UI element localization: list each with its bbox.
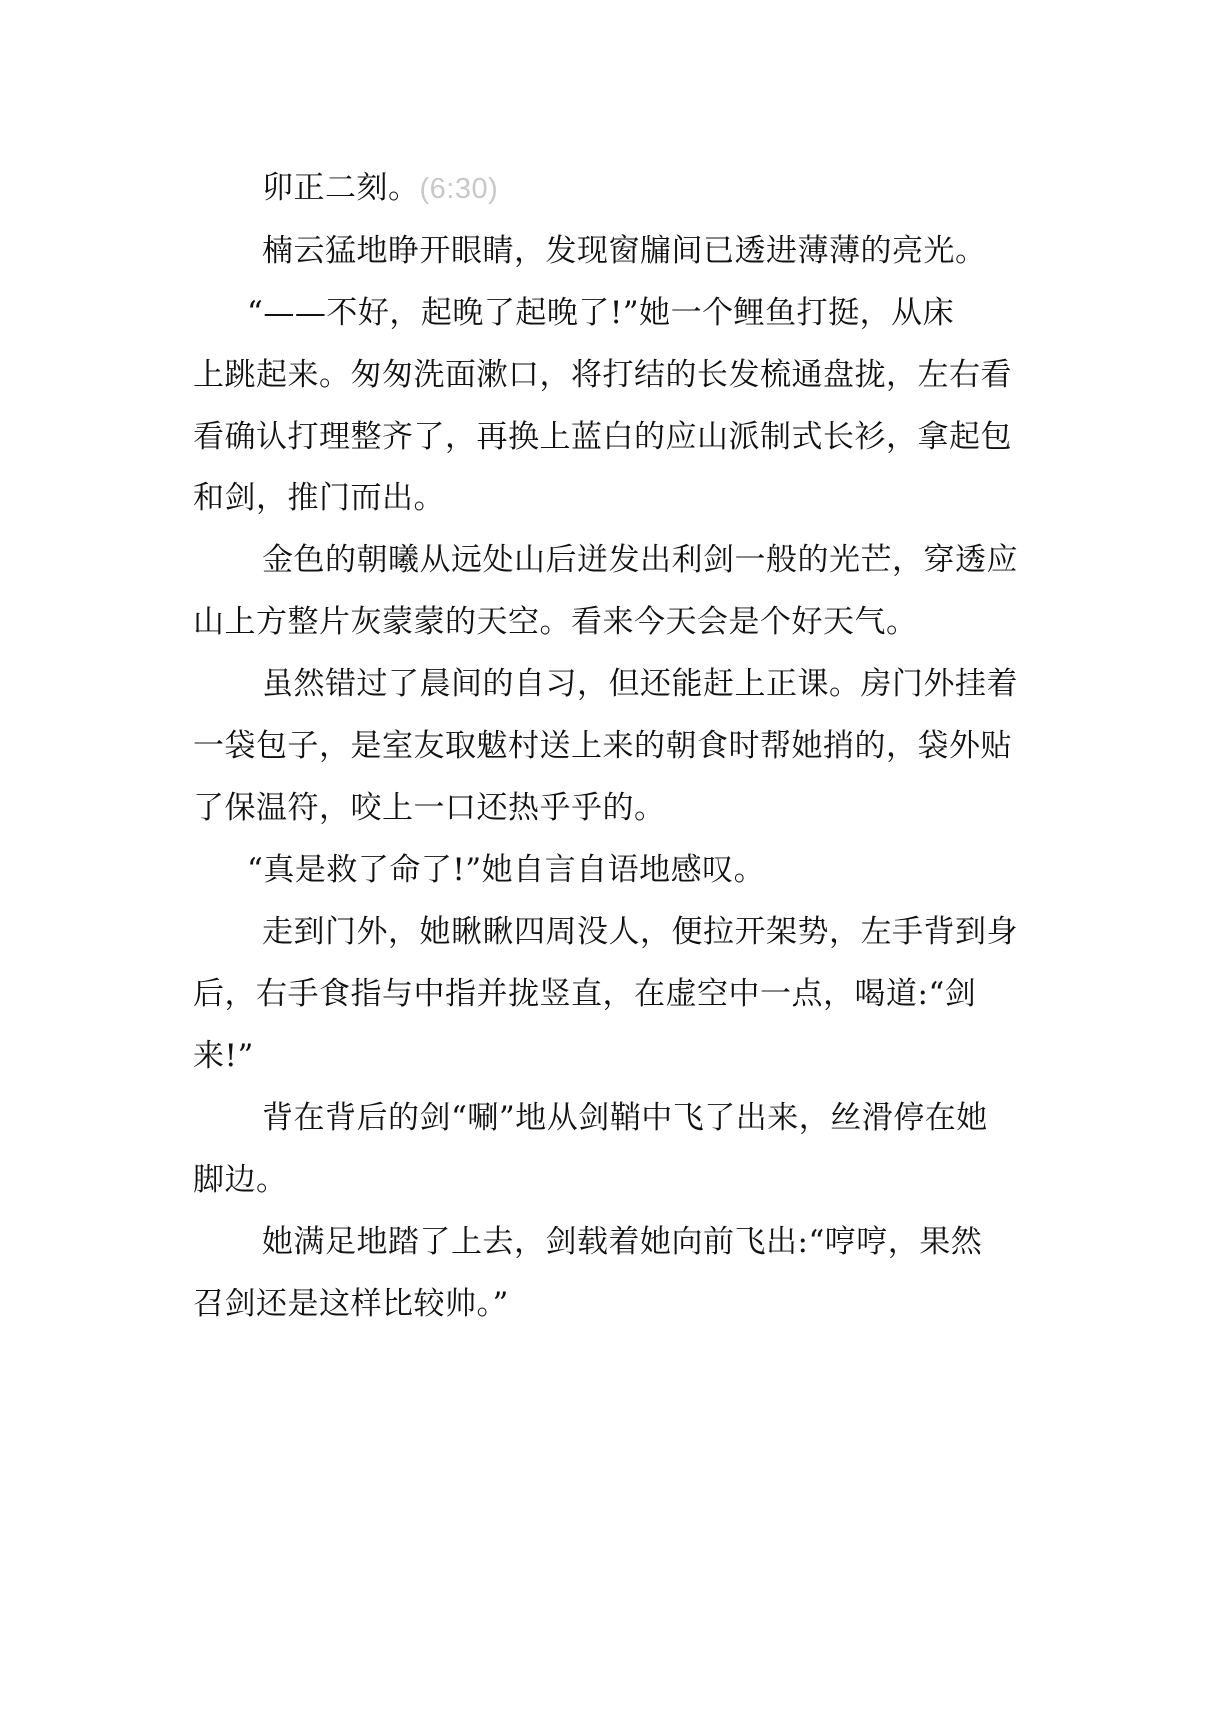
- paragraph-4-line-1: 金色的朝曦从远处山后迸发出利剑一般的光芒，穿透应: [262, 540, 1102, 580]
- paragraph-8-line-1: 背在背后的剑“唰”地从剑鞘中飞了出来，丝滑停在她: [262, 1098, 1102, 1138]
- paragraph-3-line-4: 和剑，推门而出。: [193, 478, 1033, 518]
- time-annotation: (6:30): [420, 173, 499, 205]
- paragraph-9-line-1: 她满足地踏了上去，剑载着她向前飞出:“哼哼，果然: [262, 1222, 1102, 1262]
- paragraph-1-line-1: 卯正二刻。(6:30): [262, 168, 1102, 209]
- paragraph-8-line-2: 脚边。: [193, 1160, 1033, 1200]
- paragraph-7-line-2: 后，右手食指与中指并拢竖直，在虚空中一点，喝道:“剑: [193, 974, 1033, 1014]
- paragraph-6-line-1: “真是救了命了!”她自言自语地感叹。: [247, 850, 1087, 890]
- paragraph-3-line-3: 看确认打理整齐了，再换上蓝白的应山派制式长衫，拿起包: [193, 417, 1033, 457]
- paragraph-7-line-1: 走到门外，她瞅瞅四周没人，便拉开架势，左手背到身: [262, 912, 1102, 952]
- paragraph-5-line-3: 了保温符，咬上一口还热乎乎的。: [193, 788, 1033, 828]
- paragraph-3-line-2: 上跳起来。匆匆洗面漱口，将打结的长发梳通盘拢，左右看: [193, 355, 1033, 395]
- paragraph-5-line-1: 虽然错过了晨间的自习，但还能赶上正课。房门外挂着: [262, 664, 1102, 704]
- paragraph-text: 卯正二刻。: [262, 170, 420, 206]
- paragraph-7-line-3: 来!”: [193, 1036, 1033, 1076]
- document-page: 卯正二刻。(6:30) 楠云猛地睁开眼睛，发现窗牖间已透进薄薄的亮光。 “——不…: [0, 0, 1220, 1712]
- paragraph-9-line-2: 召剑还是这样比较帅。”: [193, 1284, 1033, 1324]
- paragraph-4-line-2: 山上方整片灰蒙蒙的天空。看来今天会是个好天气。: [193, 602, 1033, 642]
- paragraph-2-line-1: 楠云猛地睁开眼睛，发现窗牖间已透进薄薄的亮光。: [262, 231, 1102, 271]
- paragraph-5-line-2: 一袋包子，是室友取魃村送上来的朝食时帮她捎的，袋外贴: [193, 726, 1033, 766]
- paragraph-3-line-1: “——不好，起晚了起晚了!”她一个鲤鱼打挺，从床: [247, 293, 1087, 333]
